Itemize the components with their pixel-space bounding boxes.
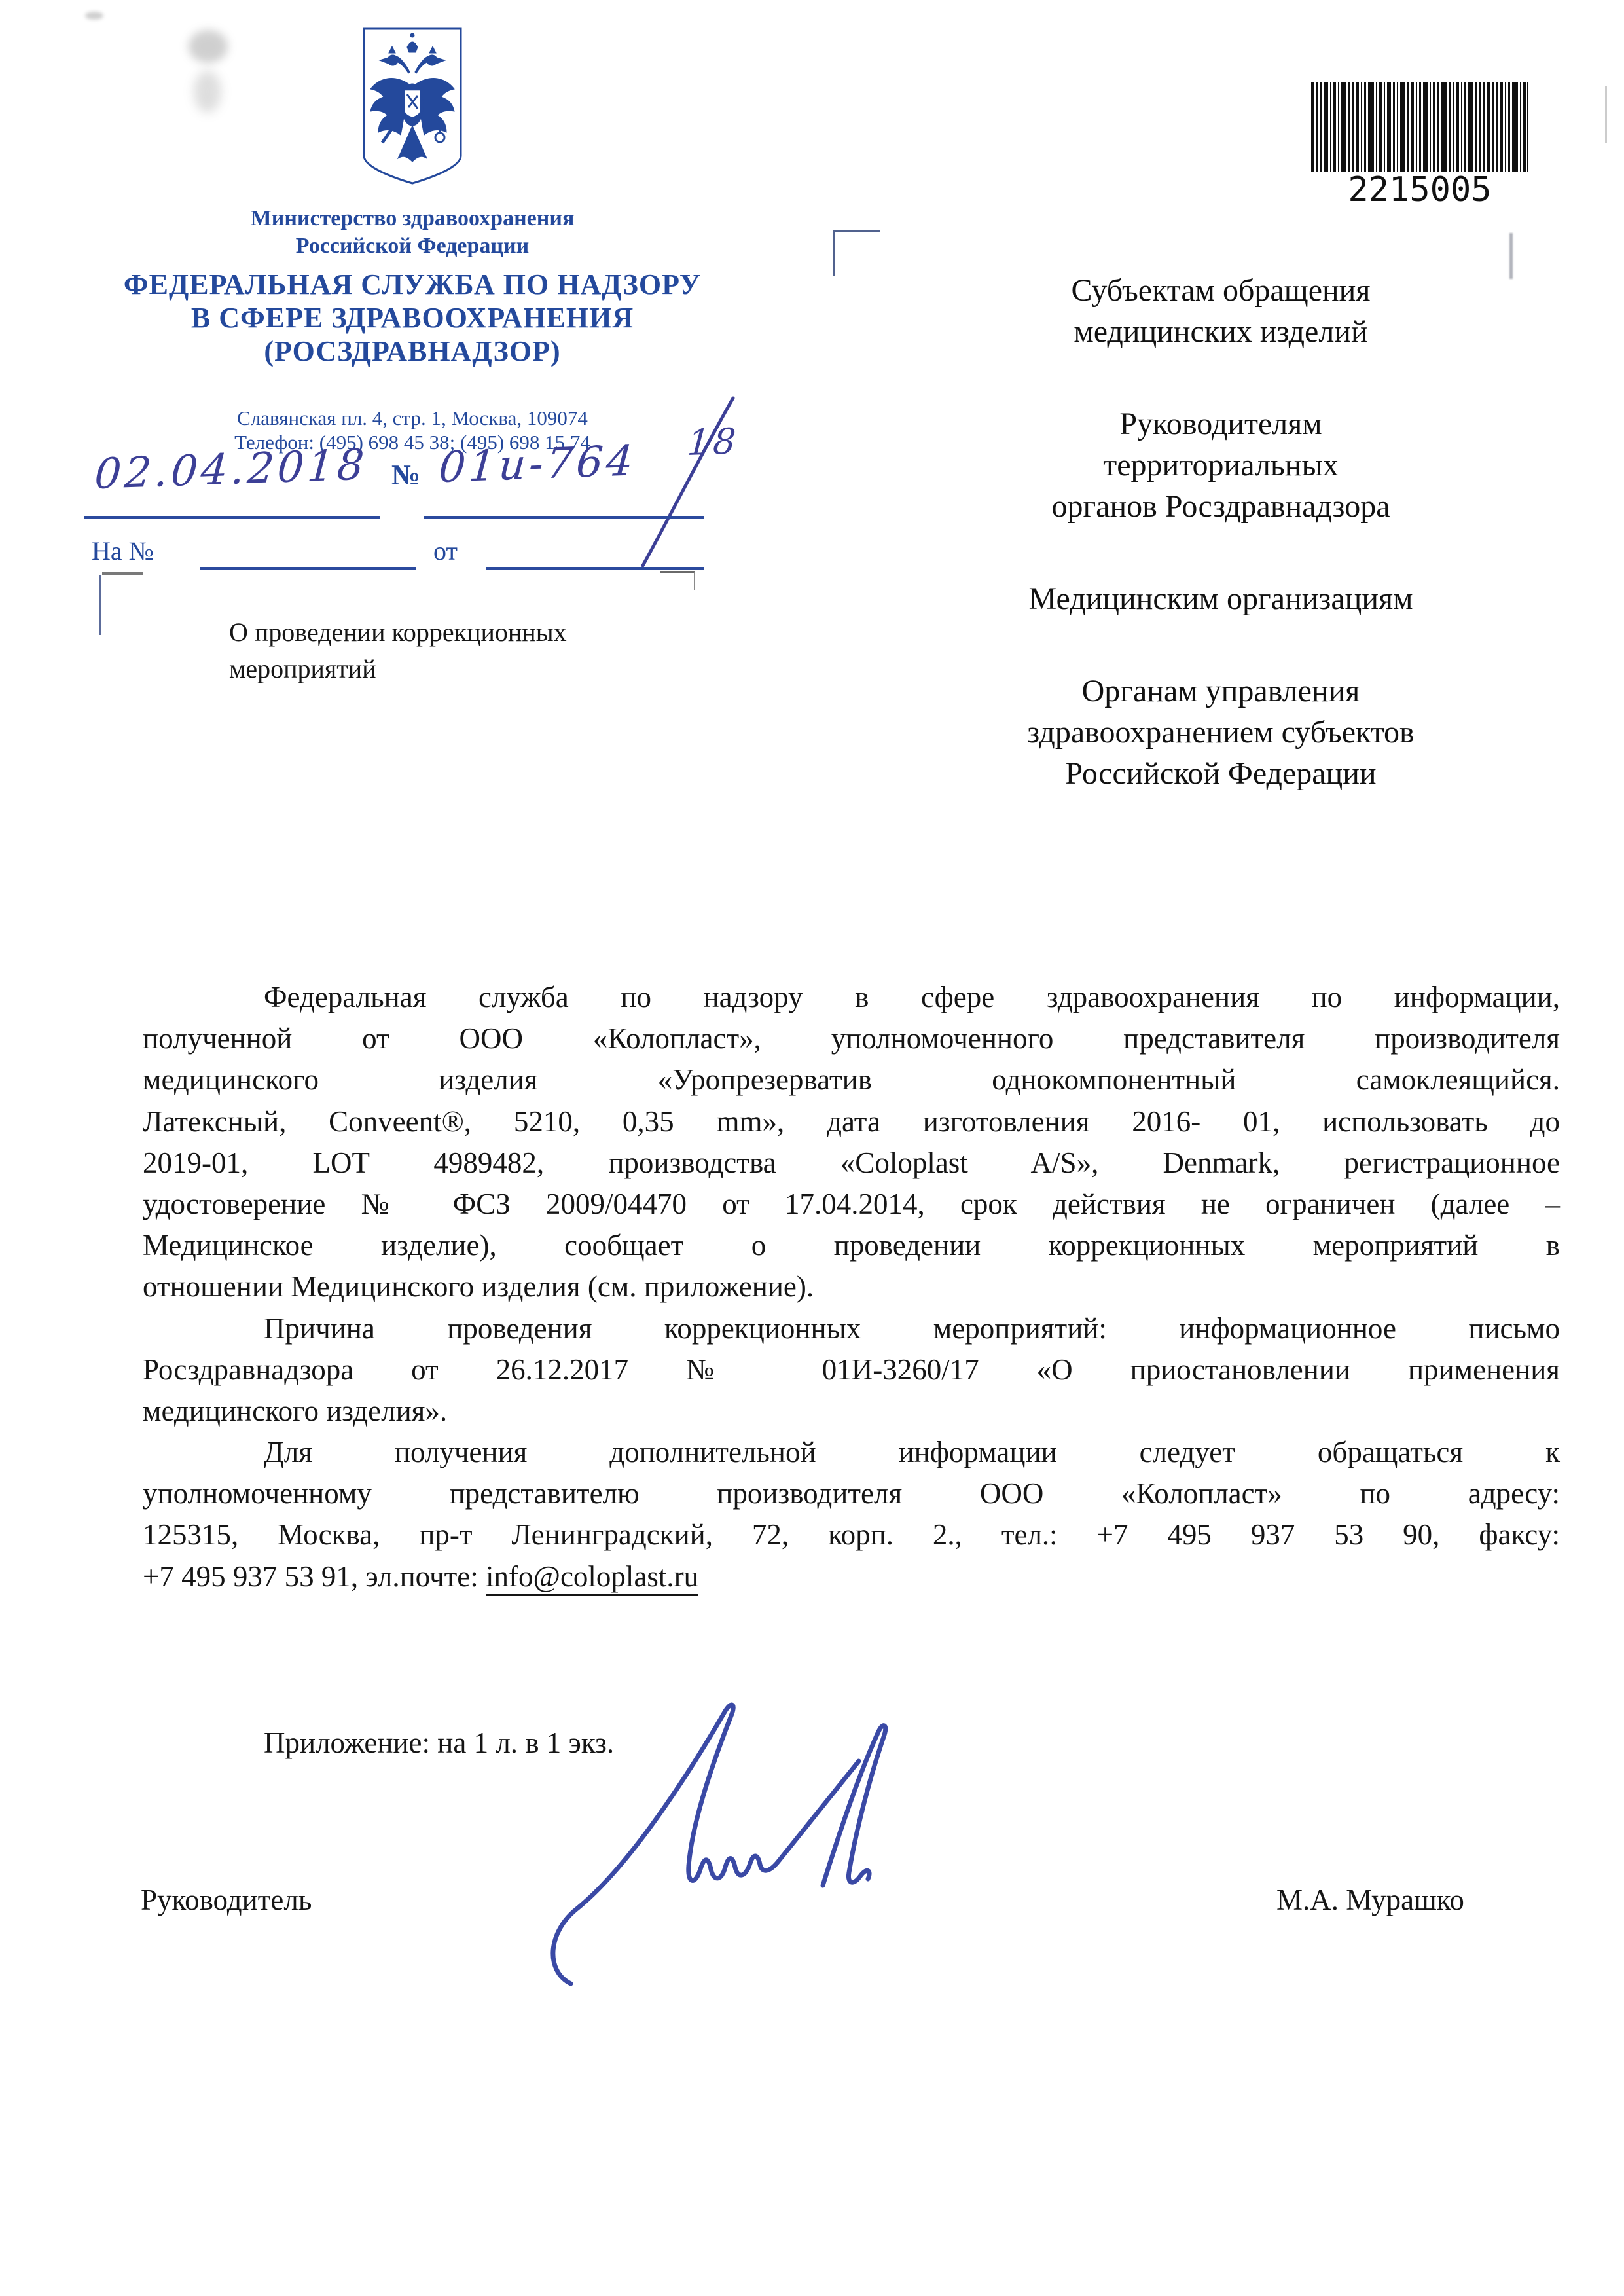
reply-to-number-label: На №: [92, 536, 154, 566]
number-sign: №: [391, 458, 420, 492]
scanned-letter-page: Министерство здравоохранения Российской …: [0, 0, 1624, 2296]
recipient-line: Медицинским организациям: [910, 578, 1532, 619]
subject-corner-mark-dash: [102, 572, 143, 575]
subject-corner-mark-left: [99, 575, 101, 635]
recipient-line: Руководителям: [910, 403, 1532, 445]
handwritten-slash-stroke: [634, 392, 745, 575]
reply-date-underline: [486, 567, 704, 570]
subject-corner-mark-right: [660, 571, 695, 590]
body-line: +7 495 937 53 91, эл.почте: info@colopla…: [143, 1556, 1560, 1597]
body-line: Медицинское изделие), сообщает о проведе…: [143, 1225, 1560, 1266]
letterhead: Министерство здравоохранения Российской …: [88, 26, 736, 454]
recipient-line: территориальных: [910, 445, 1532, 486]
body-line: медицинского изделия «Уропрезерватив одн…: [143, 1059, 1560, 1101]
reply-from-label: от: [433, 536, 458, 566]
recipient-line: Органам управления: [910, 670, 1532, 712]
body-line: Латексный, Conveent®, 5210, 0,35 mm», да…: [143, 1101, 1560, 1142]
ministry-line1: Министерство здравоохранения: [88, 205, 736, 232]
recipient-line: Российской Федерации: [910, 753, 1532, 794]
body-line: Росздравнадзора от 26.12.2017 № 01И-3260…: [143, 1349, 1560, 1391]
body-line: 125315, Москва, пр-т Ленинградский, 72, …: [143, 1514, 1560, 1556]
email-address: info@coloplast.ru: [486, 1560, 698, 1596]
body-line: уполномоченному представителю производит…: [143, 1473, 1560, 1514]
coat-of-arms-icon: [360, 26, 465, 187]
number-underline: [424, 516, 704, 519]
letter-body: Федеральная служба по надзору в сфере зд…: [143, 977, 1560, 1597]
body-line: Федеральная служба по надзору в сфере зд…: [143, 977, 1560, 1018]
body-line: медицинского изделия».: [143, 1391, 1560, 1432]
body-line: отношении Медицинского изделия (см. прил…: [143, 1266, 1560, 1307]
body-line-prefix: +7 495 937 53 91, эл.почте:: [143, 1560, 486, 1593]
date-underline: [84, 516, 380, 519]
barcode-digits: 2215005: [1311, 170, 1528, 210]
handwritten-signature: [492, 1676, 950, 2016]
signer-name: М.А. Мурашко: [1276, 1883, 1464, 1917]
ministry-line2: Российской Федерации: [88, 232, 736, 260]
body-line: Причина проведения коррекционных меропри…: [143, 1308, 1560, 1349]
subject-block: О проведении коррекционных мероприятий: [229, 614, 567, 687]
address-window-corner-mark: [833, 230, 880, 276]
body-line: 2019-01, LOT 4989482, производства «Colo…: [143, 1142, 1560, 1184]
service-line1: ФЕДЕРАЛЬНАЯ СЛУЖБА ПО НАДЗОРУ: [88, 268, 736, 301]
signer-title: Руководитель: [141, 1883, 312, 1917]
body-line: полученной от ООО «Колопласт», уполномоч…: [143, 1018, 1560, 1059]
handwritten-number: 01и-764: [437, 437, 638, 492]
subject-line1: О проведении коррекционных: [229, 614, 567, 651]
scan-mark: [1605, 86, 1607, 143]
service-line3: (РОСЗДРАВНАДЗОР): [88, 335, 736, 368]
handwritten-date: 02.04.2018: [93, 441, 369, 499]
recipient-line: медицинских изделий: [910, 311, 1532, 352]
recipients-block: Субъектам обращения медицинских изделий …: [910, 270, 1532, 845]
recipient-line: органов Росздравнадзора: [910, 486, 1532, 527]
reply-number-underline: [200, 567, 416, 570]
body-line: Для получения дополнительной информации …: [143, 1432, 1560, 1473]
barcode: [1311, 82, 1528, 172]
recipient-line: здравоохранением субъектов: [910, 712, 1532, 753]
body-line: удостоверение № ФСЗ 2009/04470 от 17.04.…: [143, 1184, 1560, 1225]
scan-smudge: [85, 12, 103, 20]
service-line2: В СФЕРЕ ЗДРАВООХРАНЕНИЯ: [88, 301, 736, 335]
recipient-line: Субъектам обращения: [910, 270, 1532, 311]
subject-line2: мероприятий: [229, 651, 567, 687]
